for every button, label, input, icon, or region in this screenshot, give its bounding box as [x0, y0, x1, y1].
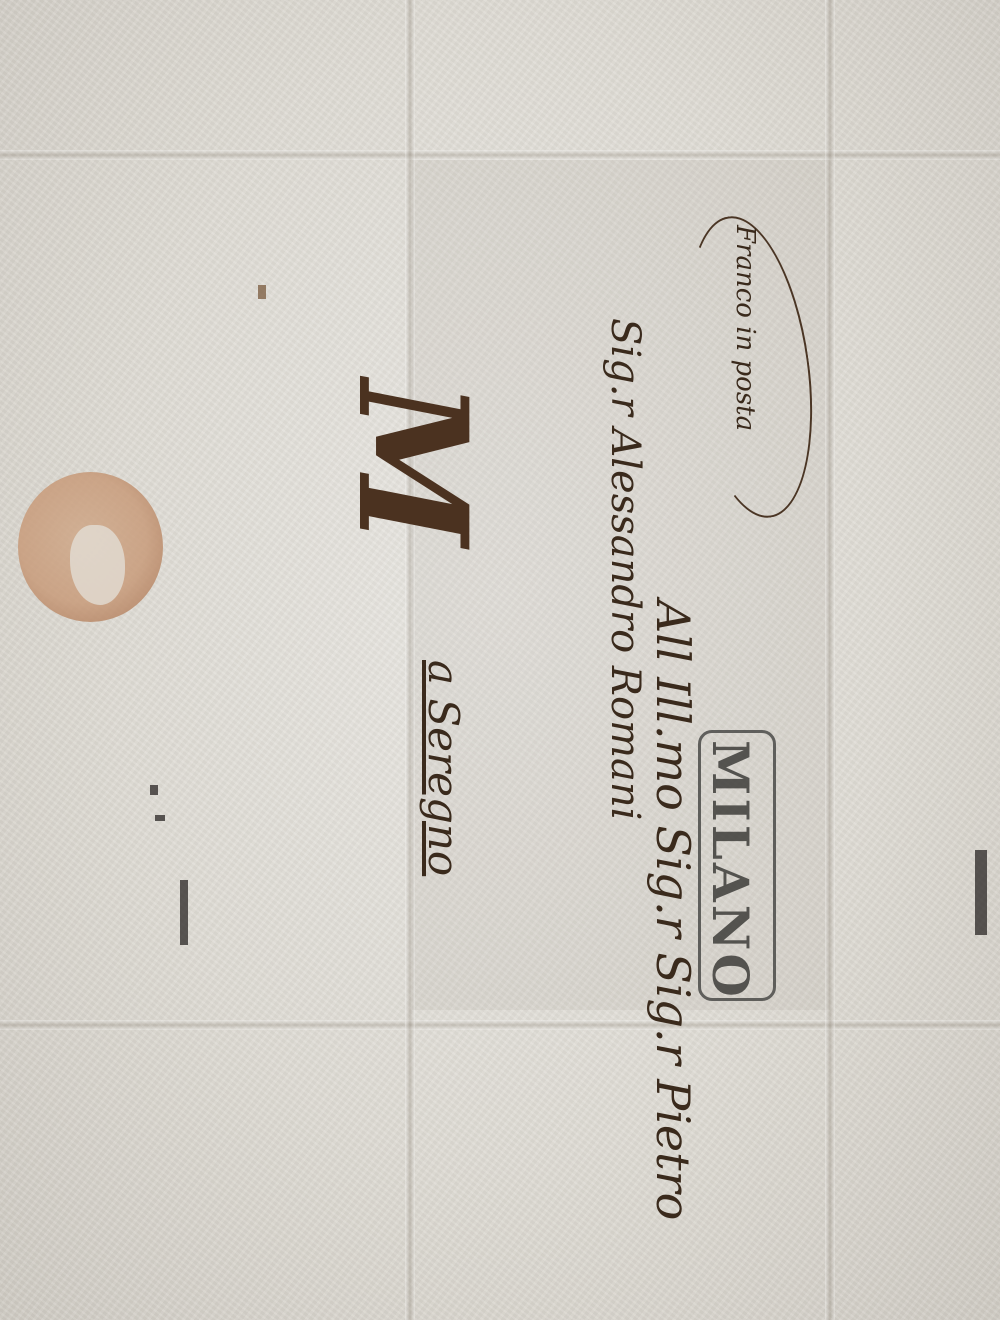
fold-line — [0, 1020, 1000, 1030]
ink-spot — [258, 285, 266, 299]
address-line-1: All Ill.mo Sig.r Sig.r Pietro — [646, 600, 700, 1220]
address-line-2: Sig.r Alessandro Romani — [602, 318, 648, 820]
ink-spot — [155, 815, 165, 821]
offset-stamp-fragment — [975, 850, 987, 935]
fold-line — [0, 150, 1000, 160]
offset-stamp-fragment — [180, 880, 188, 945]
franco-note: Franco in posta — [730, 225, 760, 431]
letter-cover: Franco in posta Sig.r Alessandro Romani … — [0, 0, 1000, 1320]
rate-mark: M — [324, 380, 500, 546]
ink-spot — [150, 785, 158, 795]
fold-line — [825, 0, 835, 1320]
postmark-milano: MILANO — [701, 740, 760, 1000]
address-city: a Seregno — [419, 660, 468, 876]
fold-line — [405, 0, 415, 1320]
